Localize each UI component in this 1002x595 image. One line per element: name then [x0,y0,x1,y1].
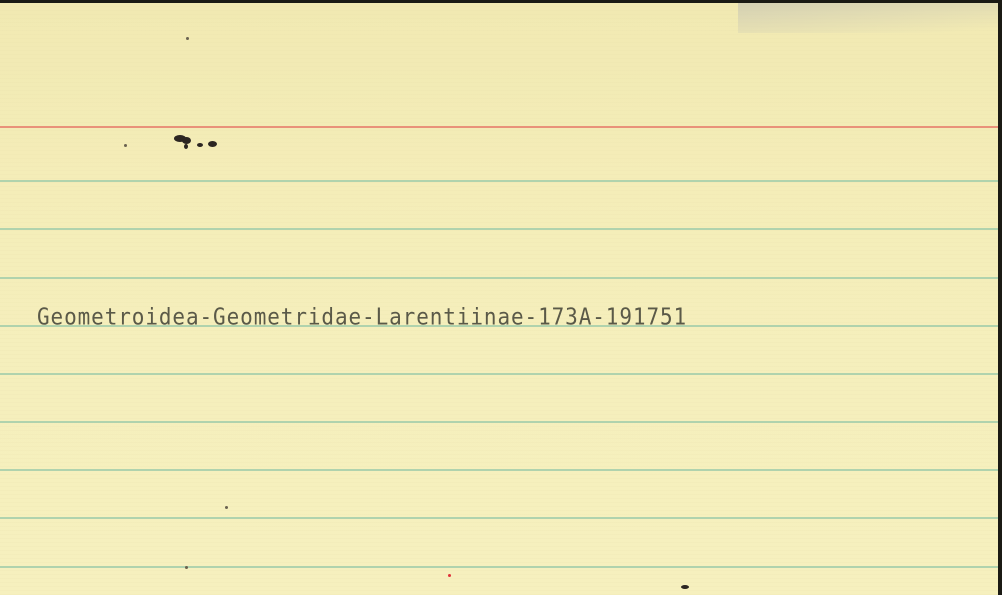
ruled-line [0,469,998,471]
ink-mark [681,585,689,589]
speck [448,574,451,577]
ruled-line [0,277,998,279]
ruled-line [0,517,998,519]
corner-wear [738,3,998,33]
ruled-line [0,566,998,568]
ruled-line [0,421,998,423]
index-card: Geometroidea-Geometridae-Larentiinae-173… [0,3,998,595]
ruled-line [0,228,998,230]
header-rule [0,126,998,128]
ruled-line [0,373,998,375]
speck [186,37,189,40]
speck [124,144,127,147]
ruled-line [0,180,998,182]
speck [185,566,188,569]
card-edge-shadow [998,0,1002,595]
typed-classification: Geometroidea-Geometridae-Larentiinae-173… [37,303,687,330]
speck [225,506,228,509]
